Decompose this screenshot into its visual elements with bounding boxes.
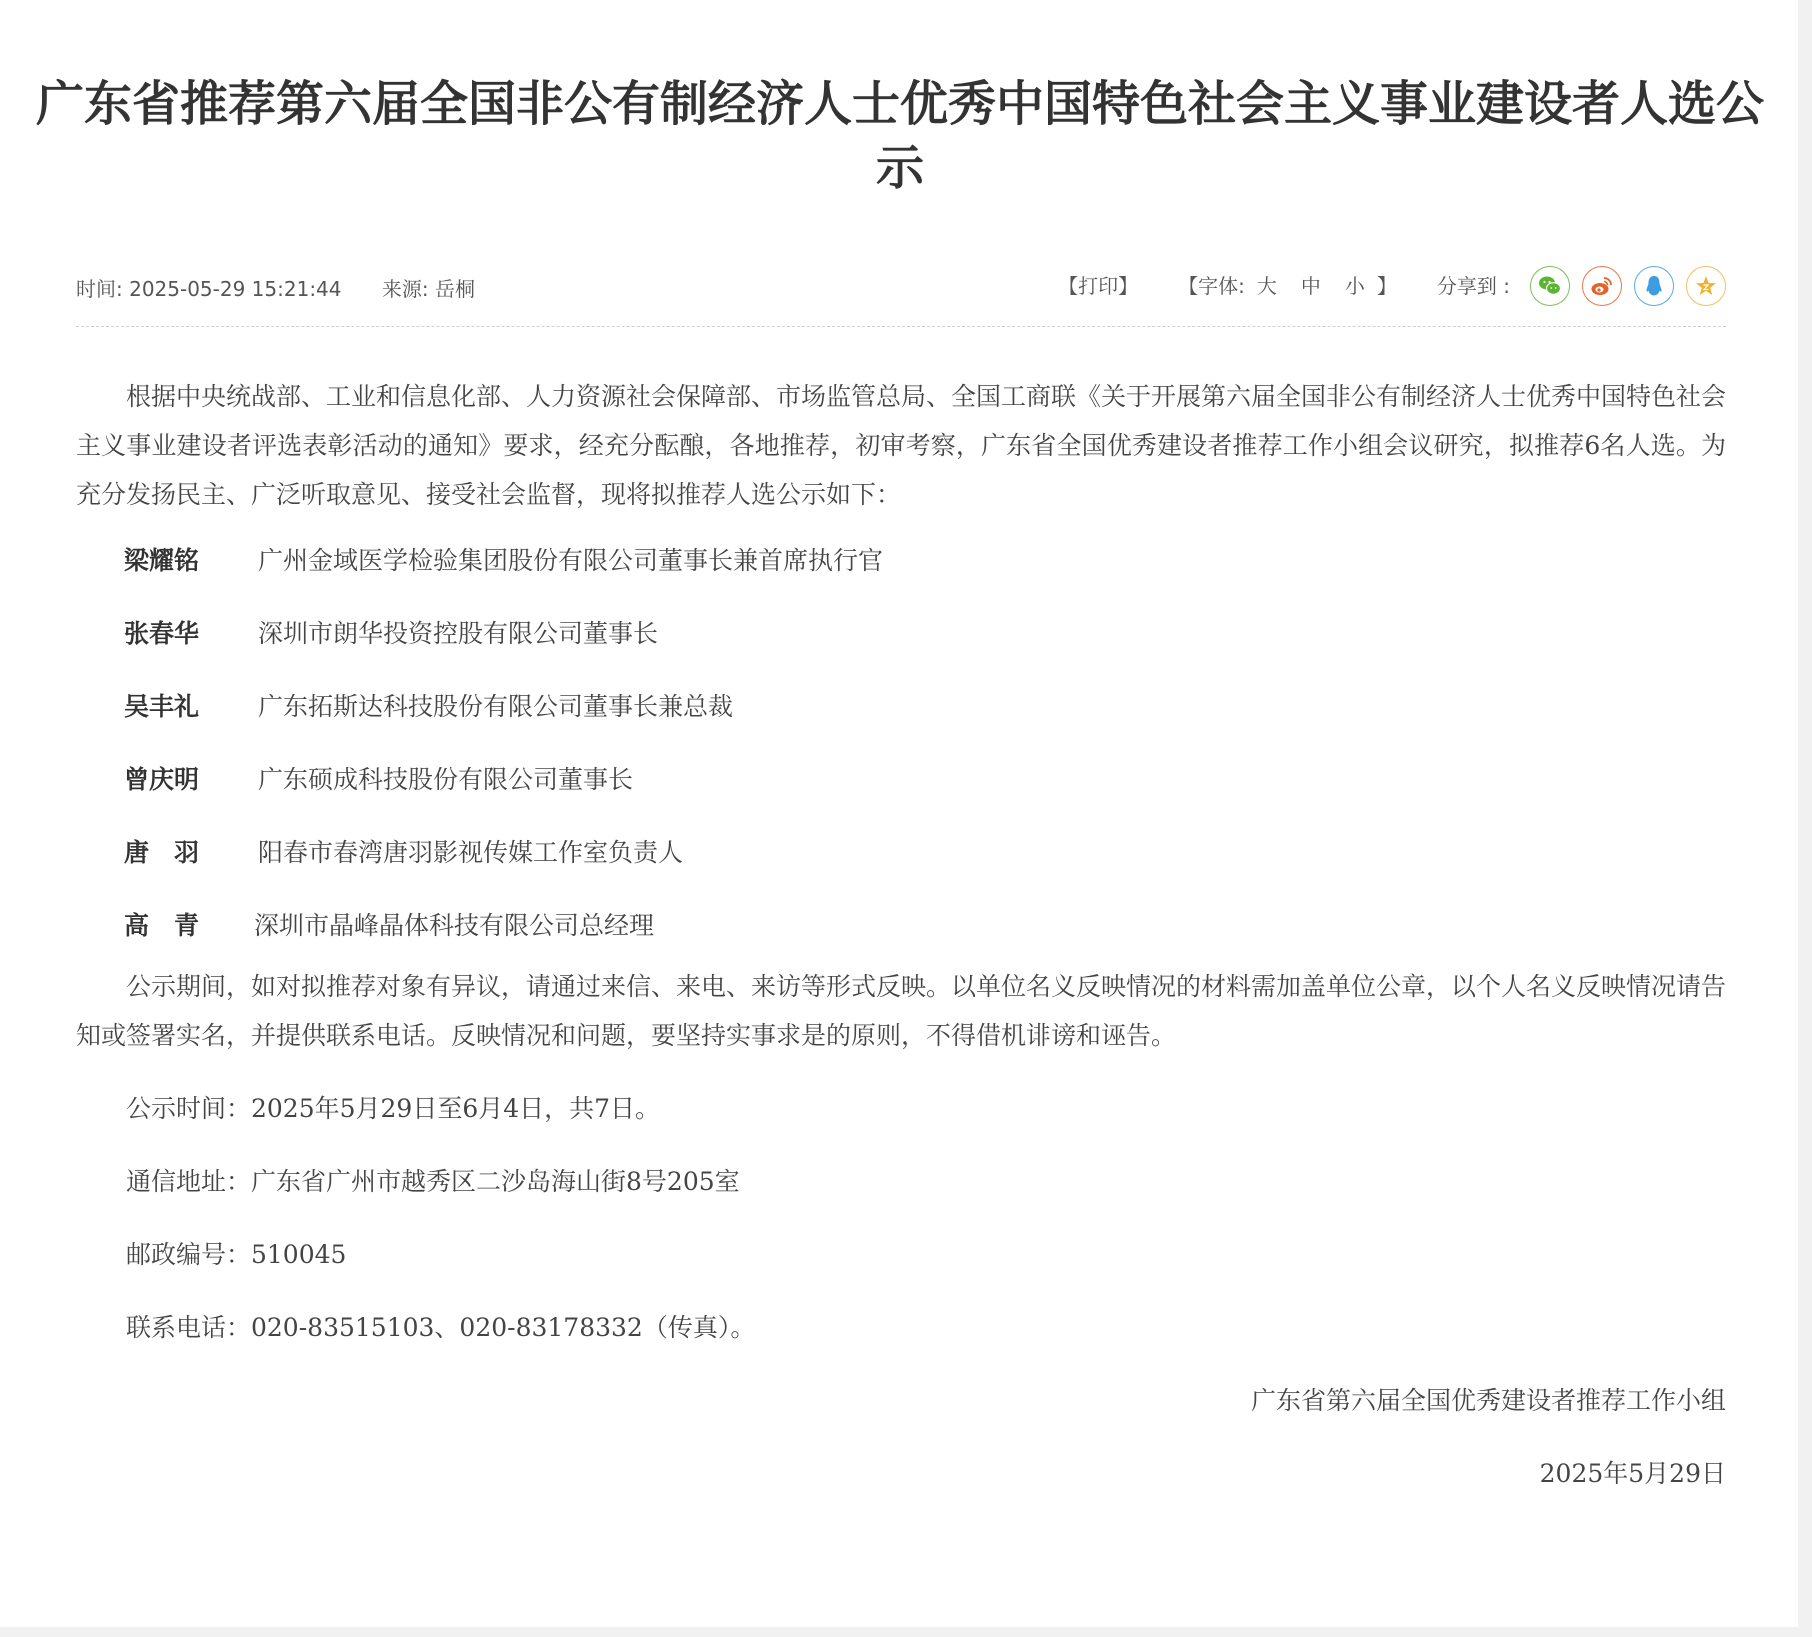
font-size-controls: 【字体: 大 中 小 】 bbox=[1178, 269, 1397, 303]
issuer-signature: 广东省第六届全国优秀建设者推荐工作小组 bbox=[76, 1376, 1726, 1425]
share-qzone-button[interactable] bbox=[1686, 266, 1726, 306]
font-size-bracket-close: 】 bbox=[1377, 269, 1397, 303]
print-button[interactable]: 【打印】 bbox=[1058, 269, 1138, 303]
page-scrollbar-track[interactable] bbox=[1798, 0, 1812, 1637]
meta-divider bbox=[76, 326, 1726, 327]
candidate-title: 深圳市朗华投资控股有限公司董事长 bbox=[258, 609, 658, 682]
candidate-title: 广东硕成科技股份有限公司董事长 bbox=[258, 755, 633, 828]
article-meta-info: 时间: 2025-05-29 15:21:44 来源: 岳桐 bbox=[76, 272, 509, 306]
wechat-icon bbox=[1537, 273, 1563, 299]
font-size-large-button[interactable]: 大 bbox=[1257, 269, 1277, 303]
share-label: 分享到 : bbox=[1437, 269, 1510, 303]
qq-icon bbox=[1641, 273, 1667, 299]
publish-time: 时间: 2025-05-29 15:21:44 bbox=[76, 277, 342, 301]
candidate-list: 梁耀铭 广州金域医学检验集团股份有限公司董事长兼首席执行官 张春华 深圳市朗华投… bbox=[76, 536, 1726, 974]
qzone-star-icon bbox=[1693, 273, 1719, 299]
candidate-row: 梁耀铭 广州金域医学检验集团股份有限公司董事长兼首席执行官 bbox=[76, 536, 1726, 609]
contact-phone: 联系电话：020-83515103、020-83178332（传真）。 bbox=[76, 1303, 1726, 1352]
candidate-row: 曾庆明 广东硕成科技股份有限公司董事长 bbox=[76, 755, 1726, 828]
postal-code: 邮政编号：510045 bbox=[76, 1230, 1726, 1279]
font-size-medium-button[interactable]: 中 bbox=[1301, 269, 1321, 303]
candidate-name: 张春华 bbox=[124, 609, 258, 682]
article-body: 根据中央统战部、工业和信息化部、人力资源社会保障部、市场监管总局、全国工商联《关… bbox=[76, 372, 1726, 1498]
candidate-title: 阳春市春湾唐羽影视传媒工作室负责人 bbox=[258, 828, 683, 901]
share-weibo-button[interactable] bbox=[1582, 266, 1622, 306]
candidate-title: 广州金域医学检验集团股份有限公司董事长兼首席执行官 bbox=[258, 536, 883, 609]
candidate-name: 唐 羽 bbox=[124, 828, 258, 901]
article-meta-bar: 时间: 2025-05-29 15:21:44 来源: 岳桐 【打印】 【字体:… bbox=[76, 272, 1726, 306]
share-wechat-button[interactable] bbox=[1530, 266, 1570, 306]
mailing-address: 通信地址：广东省广州市越秀区二沙岛海山街8号205室 bbox=[76, 1157, 1726, 1206]
share-qq-button[interactable] bbox=[1634, 266, 1674, 306]
candidate-name: 梁耀铭 bbox=[124, 536, 258, 609]
weibo-icon bbox=[1589, 273, 1615, 299]
article-tools: 【打印】 【字体: 大 中 小 】 分享到 : bbox=[1058, 266, 1726, 306]
font-size-small-button[interactable]: 小 bbox=[1345, 269, 1365, 303]
article-source: 来源: 岳桐 bbox=[382, 277, 475, 301]
issue-date: 2025年5月29日 bbox=[76, 1449, 1726, 1498]
publicity-period: 公示时间：2025年5月29日至6月4日，共7日。 bbox=[76, 1084, 1726, 1133]
objection-notice-paragraph: 公示期间，如对拟推荐对象有异议，请通过来信、来电、来访等形式反映。以单位名义反映… bbox=[76, 962, 1726, 1060]
article-title: 广东省推荐第六届全国非公有制经济人士优秀中国特色社会主义事业建设者人选公示 bbox=[30, 72, 1770, 200]
candidate-row: 唐 羽 阳春市春湾唐羽影视传媒工作室负责人 bbox=[76, 828, 1726, 901]
candidate-row: 张春华 深圳市朗华投资控股有限公司董事长 bbox=[76, 609, 1726, 682]
candidate-row: 吴丰礼 广东拓斯达科技股份有限公司董事长兼总裁 bbox=[76, 682, 1726, 755]
candidate-title: 广东拓斯达科技股份有限公司董事长兼总裁 bbox=[258, 682, 733, 755]
font-size-label: 【字体: bbox=[1178, 269, 1245, 303]
candidate-name: 曾庆明 bbox=[124, 755, 258, 828]
intro-paragraph: 根据中央统战部、工业和信息化部、人力资源社会保障部、市场监管总局、全国工商联《关… bbox=[76, 372, 1726, 519]
page-bottom-edge bbox=[0, 1627, 1812, 1637]
candidate-name: 吴丰礼 bbox=[124, 682, 258, 755]
